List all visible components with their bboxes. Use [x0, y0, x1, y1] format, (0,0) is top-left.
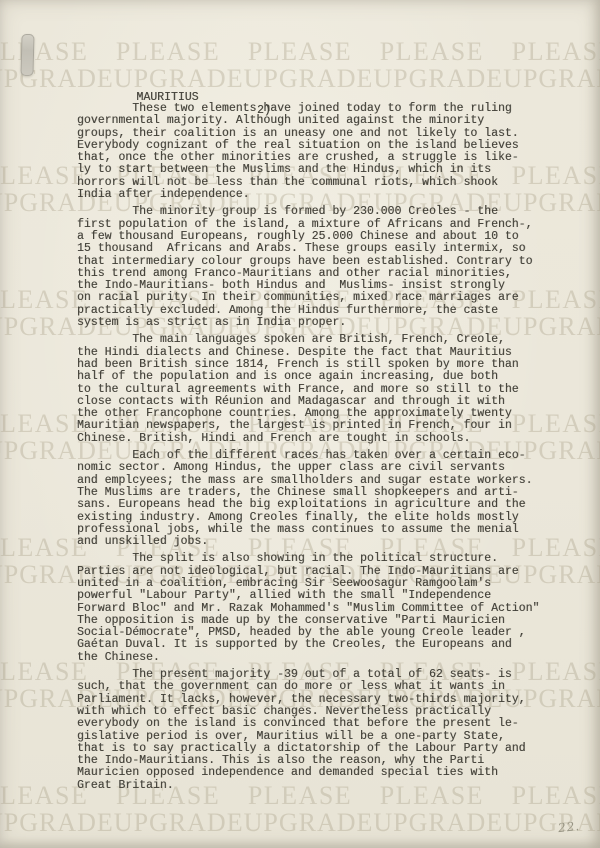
handwritten-page-number: 22. — [557, 819, 580, 835]
typed-content: MAURITIUS 2) These two elements have joi… — [0, 0, 600, 848]
scanned-document-page: PLEASEPLEASEPLEASEPLEASEPLEASEUPGRADEUPG… — [0, 0, 600, 848]
paragraph: The main languages spoken are British, F… — [77, 334, 582, 445]
paragraph: The split is also showing in the politic… — [77, 553, 582, 664]
paragraph: The present majority -39 out of a total … — [77, 669, 582, 792]
paragraph: These two elements have joined today to … — [77, 103, 582, 201]
document-body: These two elements have joined today to … — [77, 103, 582, 792]
paragraph: The minority group is formed by 230.000 … — [77, 206, 582, 329]
paragraph: Each of the different races has taken ov… — [77, 450, 582, 548]
